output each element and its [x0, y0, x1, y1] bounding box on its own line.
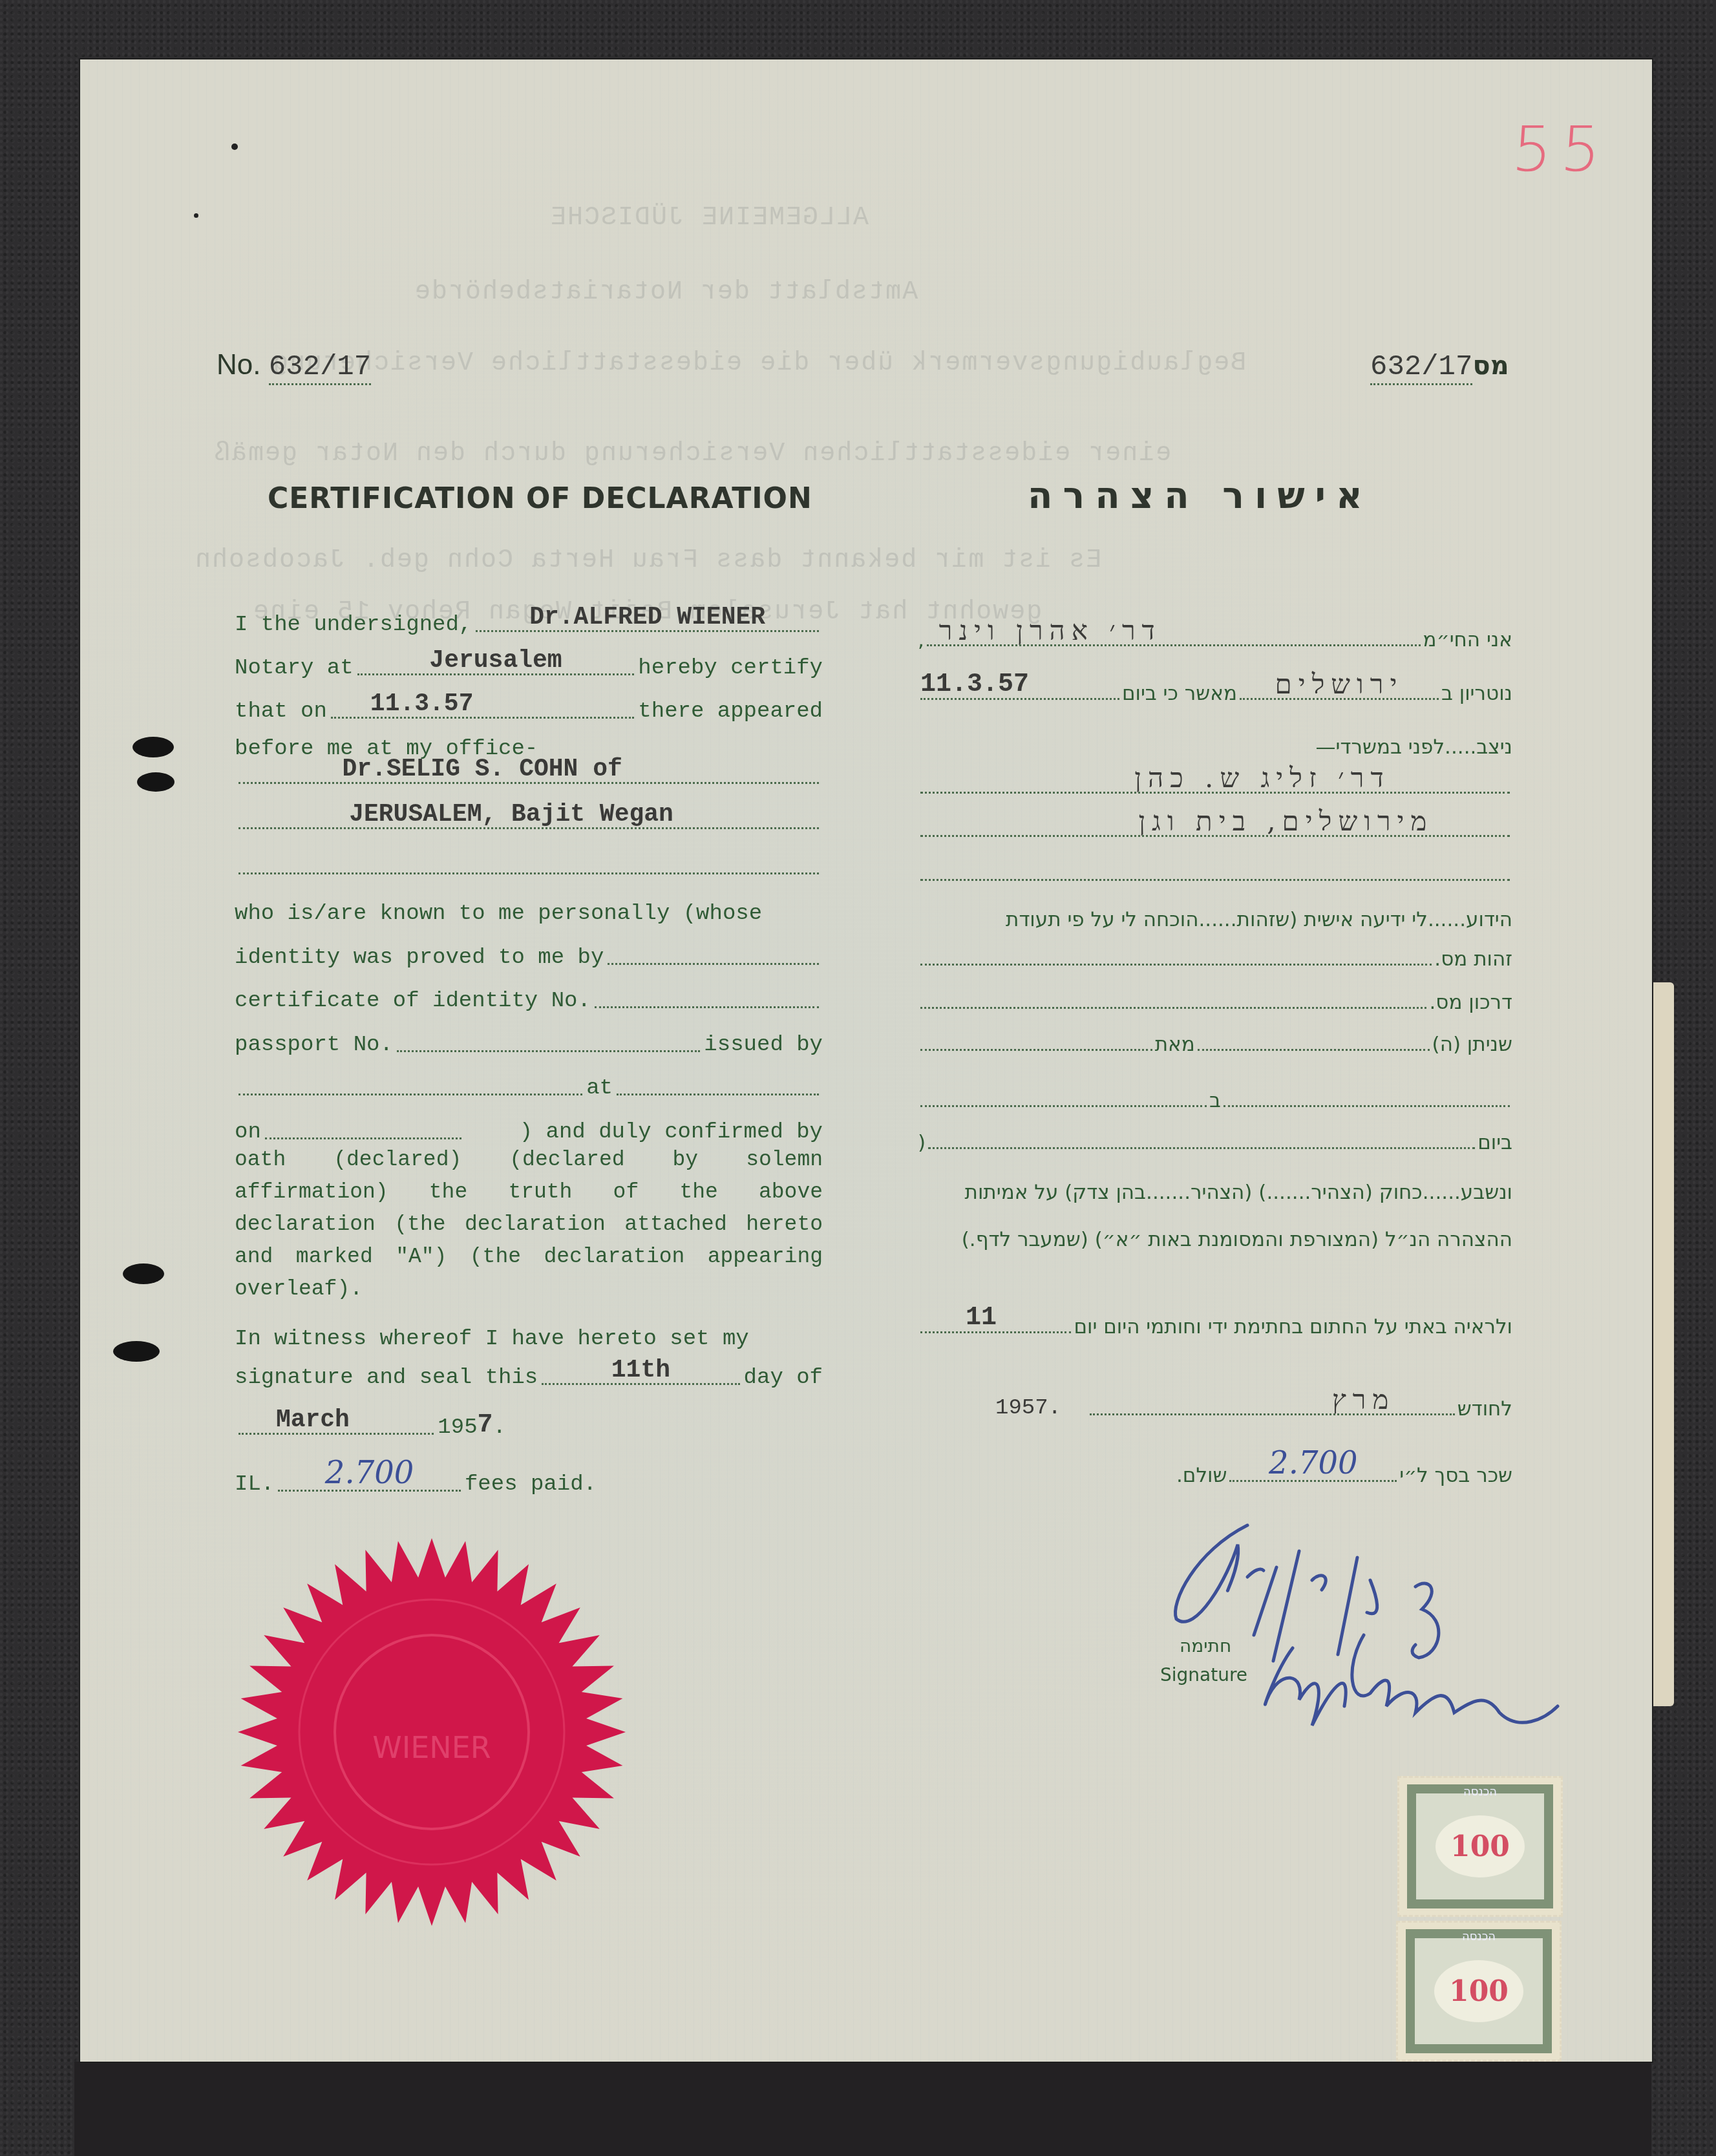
label: (: [918, 1131, 926, 1154]
he-month-line: לחודש מרץ 1957.: [918, 1396, 1512, 1421]
he-notary-line: נוטריון ב ירושלים מאשר כי ביום 11.3.57: [918, 682, 1512, 705]
reference-number-en: No. 632/17: [217, 349, 371, 383]
label: שכר בסך ל״י: [1399, 1464, 1512, 1487]
stamp-oval: 100: [1434, 1960, 1523, 2022]
he-date-field: 11.3.57: [920, 698, 1119, 700]
paper-speck: [231, 143, 238, 150]
issue-place-field: [617, 1094, 819, 1095]
label: מאת: [1155, 1033, 1195, 1056]
punch-hole: [137, 772, 175, 792]
he-issued-line: שניתן (ה) מאת: [918, 1033, 1512, 1056]
issued-on-line: on ) and duly confirmed by: [235, 1120, 823, 1145]
handwritten-page-number: 55: [1510, 113, 1612, 185]
appearer-line-1: Dr.SELIG S. COHN of: [235, 782, 823, 789]
month-field: March: [238, 1433, 434, 1435]
label: ב: [1209, 1089, 1221, 1112]
stamp-value: 100: [1434, 1975, 1523, 2008]
certificate-line: certificate of identity No.: [235, 989, 823, 1013]
label: identity was proved to me by: [235, 946, 604, 970]
label: דרכון מס.: [1429, 991, 1512, 1014]
reference-label-he: מס: [1472, 351, 1509, 381]
appearer-address: JERUSALEM, Bajit Wegan: [349, 801, 673, 829]
he-fee-line: שכר בסך ל״י 2.700 שולם.: [1176, 1464, 1512, 1487]
label: day of: [744, 1366, 823, 1390]
he-issuer-field: [1198, 1049, 1430, 1051]
he-city-field: ירושלים: [1240, 698, 1439, 700]
certificate-number-field: [595, 1006, 819, 1008]
day-field: 11th: [542, 1383, 739, 1385]
label: ) and duly confirmed by: [465, 1120, 823, 1145]
label: הידוע......לי ידיעה אישית (שזהות......הו…: [1006, 908, 1512, 931]
he-known-line: הידוע......לי ידיעה אישית (שזהות......הו…: [918, 908, 1512, 931]
blank-field: [238, 872, 819, 874]
bleed-through-text: Beglaubigungsvermerk über die eidesstatt…: [271, 349, 1246, 378]
label: passport No.: [235, 1033, 393, 1057]
year-digit: 7: [478, 1411, 493, 1440]
he-issue-date-field: [928, 1147, 1475, 1149]
he-passport-line: דרכון מס.: [918, 991, 1512, 1014]
seal-month: March: [276, 1406, 350, 1434]
notary-seal-icon: WIENER: [238, 1538, 626, 1926]
passport-number-field: [397, 1050, 701, 1052]
he-issued-at-line: ב: [918, 1089, 1512, 1112]
he-appearer-name: דר׳ זליג ש. כהן: [1134, 762, 1390, 794]
issued-at-line: at: [235, 1076, 823, 1101]
bleed-through-text: Es ist mir bekannt dass Frau Herta Cohn …: [194, 546, 1101, 575]
he-appearance-date: 11.3.57: [920, 670, 1029, 699]
issuer-field: [238, 1094, 582, 1095]
label: זהות מס.: [1434, 947, 1512, 971]
appearer-line-3: [235, 872, 823, 880]
passport-line: passport No. issued by: [235, 1033, 823, 1057]
he-issuer-name-field: [920, 1049, 1152, 1051]
appearance-date: 11.3.57: [370, 690, 474, 718]
he-issue-date-line: ביום (: [918, 1131, 1512, 1154]
known-line: who is/are known to me personally (whose: [235, 902, 823, 926]
stamp-value: 100: [1435, 1830, 1525, 1863]
reference-value: 632/17: [269, 351, 371, 385]
he-seal-year: 1957.: [995, 1396, 1061, 1421]
he-id-line: זהות מס.: [918, 947, 1512, 971]
label: that on: [235, 699, 327, 724]
label: who is/are known to me personally (whose: [235, 902, 762, 926]
stamp-frame: הכנסה 100: [1407, 1784, 1553, 1908]
label: לחודש: [1457, 1397, 1512, 1421]
appearer-address-field: JERUSALEM, Bajit Wegan: [238, 827, 819, 829]
stamp-frame: הכנסה 100: [1406, 1929, 1552, 2053]
reference-number-he: 632/17מס: [1370, 349, 1509, 383]
label: at: [586, 1076, 613, 1101]
appearer-line-2: JERUSALEM, Bajit Wegan: [235, 827, 823, 834]
label: מאשר כי ביום: [1122, 682, 1237, 705]
month-year-line: March 1957.: [235, 1411, 506, 1440]
reference-value-he: 632/17: [1370, 351, 1472, 385]
label: ביום: [1478, 1131, 1512, 1154]
he-month-field: מרץ: [1090, 1413, 1455, 1415]
label: there appeared: [638, 699, 823, 724]
label: ההצהרה הנ״ל (המצורפת והמסומנת באות ״א״) …: [962, 1228, 1512, 1251]
revenue-stamp: הכנסה 100: [1396, 1921, 1562, 2062]
he-id-number-field: [920, 964, 1432, 966]
stamp-header: הכנסה: [1416, 1785, 1544, 1799]
year-prefix: 195: [438, 1415, 477, 1440]
fees-line: IL. 2.700 fees paid.: [235, 1472, 597, 1497]
identity-proof-field: [608, 963, 819, 965]
oath-paragraph: oath (declared) (declared by solemn affi…: [235, 1144, 823, 1305]
revenue-stamp: הכנסה 100: [1397, 1776, 1563, 1917]
he-appearer-address: מירושלים, בית וגן: [1138, 805, 1433, 838]
label: אני החי״מ: [1423, 628, 1512, 651]
notary-name-field: Dr.ALFRED WIENER: [476, 630, 819, 632]
label: ,: [918, 628, 924, 651]
he-notary-name: דר׳ אהרן וינר: [939, 615, 1161, 647]
undersigned-line: I the undersigned, Dr.ALFRED WIENER: [235, 613, 823, 637]
label: In witness whereof I have hereto set my: [235, 1327, 749, 1351]
label: Notary at: [235, 656, 354, 681]
notary-name: Dr.ALFRED WIENER: [529, 604, 765, 631]
fee-amount: 2.700: [325, 1455, 414, 1491]
label: שולם.: [1176, 1464, 1227, 1487]
issue-date-field: [265, 1137, 461, 1139]
seal-embossed-text: WIENER: [372, 1730, 491, 1765]
label: נוטריון ב: [1441, 682, 1512, 705]
he-witness-line: ולראיה באתי על החתום בחתימת ידי וחותמי ה…: [918, 1315, 1512, 1338]
he-undersigned-line: אני החי״מ דר׳ אהרן וינר ,: [918, 628, 1512, 651]
label: signature and seal this: [235, 1366, 538, 1390]
appearer-field: Dr.SELIG S. COHN of: [238, 782, 819, 784]
city-field: Jerusalem: [357, 673, 635, 675]
fee-amount-field: 2.700: [278, 1490, 461, 1492]
he-appearer-line-2: מירושלים, בית וגן: [918, 835, 1512, 842]
date-line: that on 11.3.57 there appeared: [235, 699, 823, 724]
seal-day: 11th: [611, 1357, 670, 1384]
stamp-header: הכנסה: [1415, 1930, 1543, 1943]
he-issue-place-field-2: [920, 1105, 1207, 1107]
label: ניצב.....לפני במשרדי—: [1316, 735, 1512, 759]
label: שניתן (ה): [1432, 1033, 1512, 1056]
appearer-name: Dr.SELIG S. COHN of: [343, 756, 622, 783]
he-oath-line: ונשבע......כחוק (הצהיר.......) (הצהיר...…: [918, 1181, 1512, 1204]
title-english: CERTIFICATION OF DECLARATION: [268, 482, 812, 515]
witness-line: In witness whereof I have hereto set my: [235, 1327, 823, 1351]
stamp-oval: 100: [1435, 1815, 1525, 1877]
seal-day-line: signature and seal this 11th day of: [235, 1366, 823, 1390]
punch-hole: [123, 1263, 164, 1284]
reference-label: No.: [217, 349, 260, 381]
he-declaration-line: ההצהרה הנ״ל (המצורפת והמסומנת באות ״א״) …: [918, 1228, 1512, 1251]
he-appearer-address-field: מירושלים, בית וגן: [920, 835, 1510, 837]
punch-hole: [113, 1341, 160, 1362]
he-office-line: ניצב.....לפני במשרדי—: [918, 735, 1512, 759]
bleed-through-text: ALLGEMEINE JÜDISCHE: [549, 204, 869, 233]
he-appearer-line-3: [918, 879, 1512, 886]
label: on: [235, 1120, 261, 1145]
he-notary-city: ירושלים: [1275, 668, 1403, 701]
notary-at-line: Notary at Jerusalem hereby certify: [235, 656, 823, 681]
punch-hole: [132, 737, 174, 757]
he-fee-amount: 2.700: [1269, 1445, 1357, 1481]
bleed-through-text: einer eidesstattlichen Versicherung durc…: [213, 439, 1171, 469]
paper-speck: [194, 213, 198, 218]
label: hereby certify: [638, 656, 823, 681]
label: issued by: [704, 1033, 823, 1057]
he-issue-place-field: [1223, 1105, 1510, 1107]
date-field: 11.3.57: [331, 717, 635, 719]
he-seal-day: 11: [966, 1304, 997, 1333]
he-day-field: 11: [920, 1331, 1071, 1333]
identity-line: identity was proved to me by: [235, 946, 823, 970]
he-appearer-field: דר׳ זליג ש. כהן: [920, 792, 1510, 794]
he-fee-amount-field: 2.700: [1229, 1480, 1397, 1482]
notary-city: Jerusalem: [429, 647, 562, 675]
he-seal-month: מרץ: [1332, 1384, 1395, 1416]
label: fees paid.: [465, 1472, 597, 1497]
he-notary-name-field: דר׳ אהרן וינר: [927, 644, 1421, 646]
he-appearer-line-1: דר׳ זליג ש. כהן: [918, 792, 1512, 799]
label: I the undersigned,: [235, 613, 472, 637]
label: ונשבע......כחוק (הצהיר.......) (הצהיר...…: [965, 1181, 1512, 1204]
he-blank-field: [920, 879, 1510, 881]
label: IL.: [235, 1472, 274, 1497]
bleed-through-text: Amtsblatt der Notariatsbehörde: [414, 278, 918, 307]
he-passport-number-field: [920, 1007, 1426, 1009]
label: certificate of identity No.: [235, 989, 591, 1013]
scanner-background: [74, 2062, 1651, 2156]
handwritten-signature-icon: [1157, 1506, 1609, 1739]
label: .: [493, 1415, 506, 1440]
title-hebrew: אישור הצהרה: [1028, 475, 1373, 517]
label: ולראיה באתי על החתום בחתימת ידי וחותמי ה…: [1074, 1315, 1512, 1338]
